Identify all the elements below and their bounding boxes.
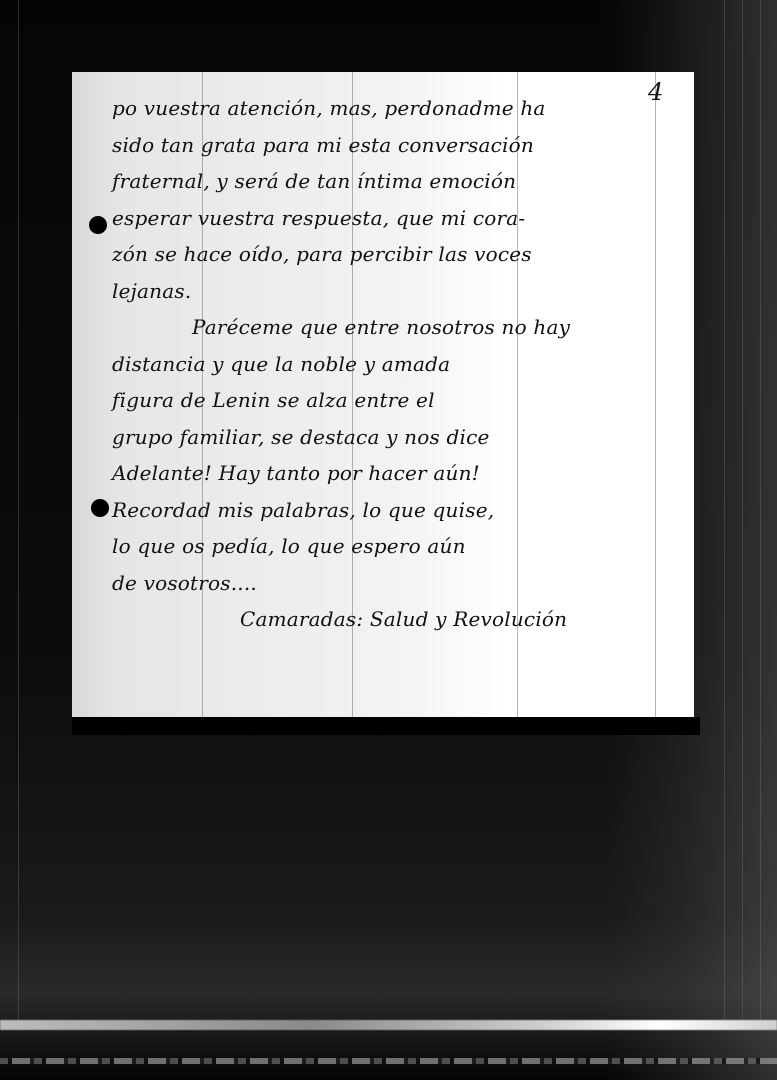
page-shadow <box>72 717 700 735</box>
text-line: zón se hace oído, para percibir las voce… <box>112 236 682 273</box>
text-line: fraternal, y será de tan íntima emoción <box>112 163 682 200</box>
text-line: figura de Lenin se alza entre el <box>112 382 682 419</box>
text-line: sido tan grata para mi esta conversación <box>112 127 682 164</box>
paragraph-1: po vuestra atención, mas, perdonadme ha … <box>112 90 682 309</box>
text-line: esperar vuestra respuesta, que mi cora- <box>112 200 682 237</box>
closing-salutation: Camaradas: Salud y Revolución <box>112 601 682 638</box>
text-line: Paréceme que entre nosotros no hay <box>112 309 682 346</box>
text-line: Recordad mis palabras, lo que quise, <box>112 492 682 529</box>
scan-edge-noise <box>0 1058 777 1064</box>
text-line: po vuestra atención, mas, perdonadme ha <box>112 90 682 127</box>
text-line: grupo familiar, se destaca y nos dice <box>112 419 682 456</box>
scan-streak <box>760 0 761 1030</box>
text-line: distancia y que la noble y amada <box>112 346 682 383</box>
text-line: lejanas. <box>112 273 682 310</box>
paragraph-2: Paréceme que entre nosotros no hay dista… <box>112 309 682 601</box>
text-line: Adelante! Hay tanto por hacer aún! <box>112 455 682 492</box>
scan-streak <box>18 0 19 1030</box>
scan-streak <box>742 0 743 1030</box>
text-line: lo que os pedía, lo que espero aún <box>112 528 682 565</box>
letter-page: 4 po vuestra atención, mas, perdonadme h… <box>72 72 694 717</box>
scan-streak <box>724 0 725 1030</box>
punch-hole <box>91 499 109 517</box>
letter-body: po vuestra atención, mas, perdonadme ha … <box>112 90 682 638</box>
text-line: de vosotros.... <box>112 565 682 602</box>
scan-edge-band <box>0 1020 777 1030</box>
punch-hole <box>89 216 107 234</box>
